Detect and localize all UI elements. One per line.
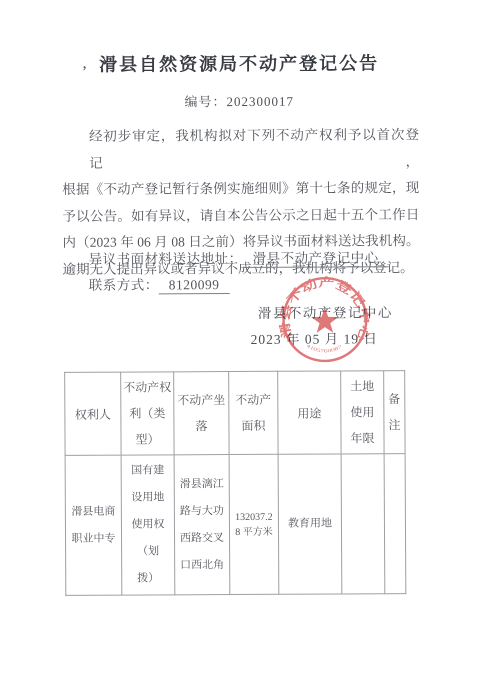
paragraph-line: 根据《不动产登记暂行条例实施细则》第十七条的规定，现 <box>62 175 419 203</box>
page-title: 滑县自然资源局不动产登记公告 <box>99 49 379 76</box>
signature-organization: 滑县不动产登记中心 <box>258 301 393 322</box>
contact-label: 联系方式： <box>89 277 159 292</box>
cell-location: 滑县漓江路与大功西路交叉口西北角 <box>174 455 230 595</box>
document-number-label: 编号： <box>184 94 226 109</box>
contact-line: 联系方式：8120099 <box>89 273 230 294</box>
document-number-value: 202300017 <box>226 94 294 109</box>
cell-area: 132037.2 8 平方米 <box>229 454 279 594</box>
area-line: 132037.2 <box>232 509 276 524</box>
header-note: 备注 <box>384 371 405 454</box>
scanned-content: , 滑县自然资源局不动产登记公告 编号：202300017 经初步审定，我机构拟… <box>0 0 481 683</box>
header-location: 不动产坐落 <box>174 372 229 455</box>
stray-comma-mark: , <box>82 55 86 73</box>
header-owner: 权利人 <box>65 372 121 455</box>
header-right-type: 不动产权利（类型） <box>121 372 174 455</box>
cell-right-type: 国有建设用地使用权（划拨） <box>121 455 175 595</box>
objection-address-value: 滑县不动产登记中心 <box>243 250 389 268</box>
header-land-term: 土地使用年限 <box>341 371 384 454</box>
cell-usage: 教育用地 <box>278 454 342 594</box>
document-page: , 滑县自然资源局不动产登记公告 编号：202300017 经初步审定，我机构拟… <box>0 0 481 683</box>
cell-owner: 滑县电商职业中专 <box>65 455 122 595</box>
cell-note <box>384 454 406 594</box>
cell-land-term <box>341 454 385 594</box>
objection-address-label: 异议书面材料送达地址： <box>89 251 243 267</box>
contact-value: 8120099 <box>159 277 230 294</box>
header-usage: 用途 <box>278 371 341 454</box>
area-line: 8 平方米 <box>232 524 276 539</box>
signature-date: 2023 年 05 月 19 日 <box>251 327 378 348</box>
table-header-row: 权利人 不动产权利（类型） 不动产坐落 不动产面积 用途 土地使用年限 备注 <box>65 371 405 456</box>
title-row: , 滑县自然资源局不动产登记公告 <box>0 49 480 78</box>
registration-table: 权利人 不动产权利（类型） 不动产坐落 不动产面积 用途 土地使用年限 备注 滑… <box>64 370 406 596</box>
objection-address-line: 异议书面材料送达地址：滑县不动产登记中心 <box>89 246 389 268</box>
header-area: 不动产面积 <box>229 371 278 454</box>
document-number-line: 编号：202300017 <box>0 90 480 112</box>
paragraph-line: 经初步审定，我机构拟对下列不动产权利予以首次登记， <box>62 122 419 177</box>
table-data-row: 滑县电商职业中专 国有建设用地使用权（划拨） 滑县漓江路与大功西路交叉口西北角 … <box>65 454 406 596</box>
paragraph-line: 予以公告。如有异议，请自本公告公示之日起十五个工作日 <box>62 202 419 230</box>
